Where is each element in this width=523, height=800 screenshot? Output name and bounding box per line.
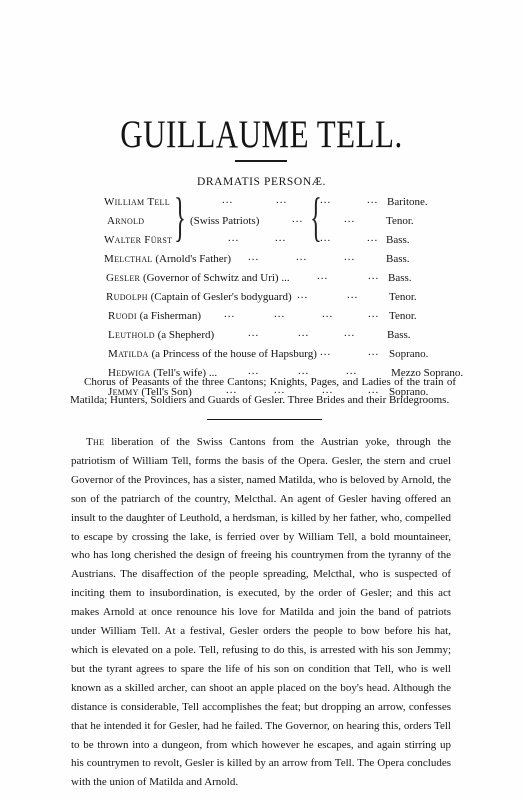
- chorus-paragraph: Chorus of Peasants of the three Cantons;…: [70, 373, 456, 409]
- ellipsis: ...: [248, 251, 259, 263]
- ellipsis: ...: [275, 232, 286, 244]
- cast-desc: (Arnold's Father): [155, 253, 231, 265]
- ellipsis: ...: [248, 327, 259, 339]
- cast-desc: (Captain of Gesler's bodyguard): [151, 291, 292, 303]
- cast-name-arnold: Arnold: [107, 213, 144, 229]
- cast-name-walter-furst: Walter Fürst: [104, 232, 172, 248]
- ellipsis: ...: [296, 251, 307, 263]
- section-divider: [207, 419, 322, 420]
- cast-desc: (a Princess of the house of Hapsburg): [152, 348, 317, 360]
- ellipsis: ...: [276, 194, 287, 206]
- ellipsis: ...: [368, 346, 379, 358]
- voice-matilda: Soprano.: [389, 346, 428, 362]
- cast-name-william-tell: William Tell: [104, 194, 170, 210]
- ellipsis: ...: [322, 308, 333, 320]
- voice-rudolph: Tenor.: [389, 289, 417, 305]
- ellipsis: ...: [368, 270, 379, 282]
- cast-name: Rudolph: [106, 291, 148, 303]
- cast-row-melcthal: Melcthal (Arnold's Father): [104, 251, 231, 267]
- chorus-text: Chorus of Peasants of the three Cantons;…: [70, 376, 456, 406]
- cast-row-matilda: Matilda (a Princess of the house of Haps…: [108, 346, 317, 362]
- ellipsis: ...: [344, 327, 355, 339]
- ellipsis: ...: [224, 308, 235, 320]
- ellipsis: ...: [297, 289, 308, 301]
- ellipsis: ...: [222, 194, 233, 206]
- ellipsis: ...: [274, 308, 285, 320]
- synopsis-lead: The: [86, 436, 104, 448]
- voice-gesler: Bass.: [388, 270, 412, 286]
- synopsis-paragraph: The liberation of the Swiss Cantons from…: [71, 433, 451, 792]
- cast-name: Melcthal: [104, 253, 153, 265]
- cast-row-leuthold: Leuthold (a Shepherd): [108, 327, 214, 343]
- ellipsis: ...: [292, 213, 303, 225]
- title-divider: [235, 160, 287, 162]
- opera-title: GUILLAUME TELL.: [0, 112, 523, 157]
- voice-ruodi: Tenor.: [389, 308, 417, 324]
- ellipsis: ...: [298, 327, 309, 339]
- ellipsis: ...: [344, 213, 355, 225]
- ellipsis: ...: [320, 346, 331, 358]
- cast-name: Matilda: [108, 348, 149, 360]
- voice-william-tell: Baritone.: [387, 194, 428, 210]
- cast-name: Ruodi: [108, 310, 137, 322]
- cast-desc: (Governor of Schwitz and Uri) ...: [143, 272, 290, 284]
- ellipsis: ...: [228, 232, 239, 244]
- left-brace-icon: }: [174, 190, 186, 244]
- ellipsis: ...: [320, 194, 331, 206]
- group-label: (Swiss Patriots): [190, 213, 259, 229]
- ellipsis: ...: [367, 232, 378, 244]
- voice-leuthold: Bass.: [387, 327, 411, 343]
- document-page: GUILLAUME TELL. DRAMATIS PERSONÆ. Willia…: [0, 0, 523, 800]
- ellipsis: ...: [344, 251, 355, 263]
- ellipsis: ...: [347, 289, 358, 301]
- cast-row-ruodi: Ruodi (a Fisherman): [108, 308, 201, 324]
- ellipsis: ...: [367, 194, 378, 206]
- cast-name: Gesler: [106, 272, 140, 284]
- synopsis-text: liberation of the Swiss Cantons from the…: [71, 436, 451, 788]
- voice-walter-furst: Bass.: [386, 232, 410, 248]
- cast-desc: (a Shepherd): [158, 329, 215, 341]
- ellipsis: ...: [320, 232, 331, 244]
- ellipsis: ...: [368, 308, 379, 320]
- cast-row-gesler: Gesler (Governor of Schwitz and Uri) ...: [106, 270, 290, 286]
- voice-melcthal: Bass.: [386, 251, 410, 267]
- cast-row-rudolph: Rudolph (Captain of Gesler's bodyguard): [106, 289, 292, 305]
- voice-arnold: Tenor.: [386, 213, 414, 229]
- ellipsis: ...: [317, 270, 328, 282]
- cast-desc: (a Fisherman): [140, 310, 201, 322]
- cast-name: Leuthold: [108, 329, 155, 341]
- dramatis-personae-heading: DRAMATIS PERSONÆ.: [0, 176, 523, 188]
